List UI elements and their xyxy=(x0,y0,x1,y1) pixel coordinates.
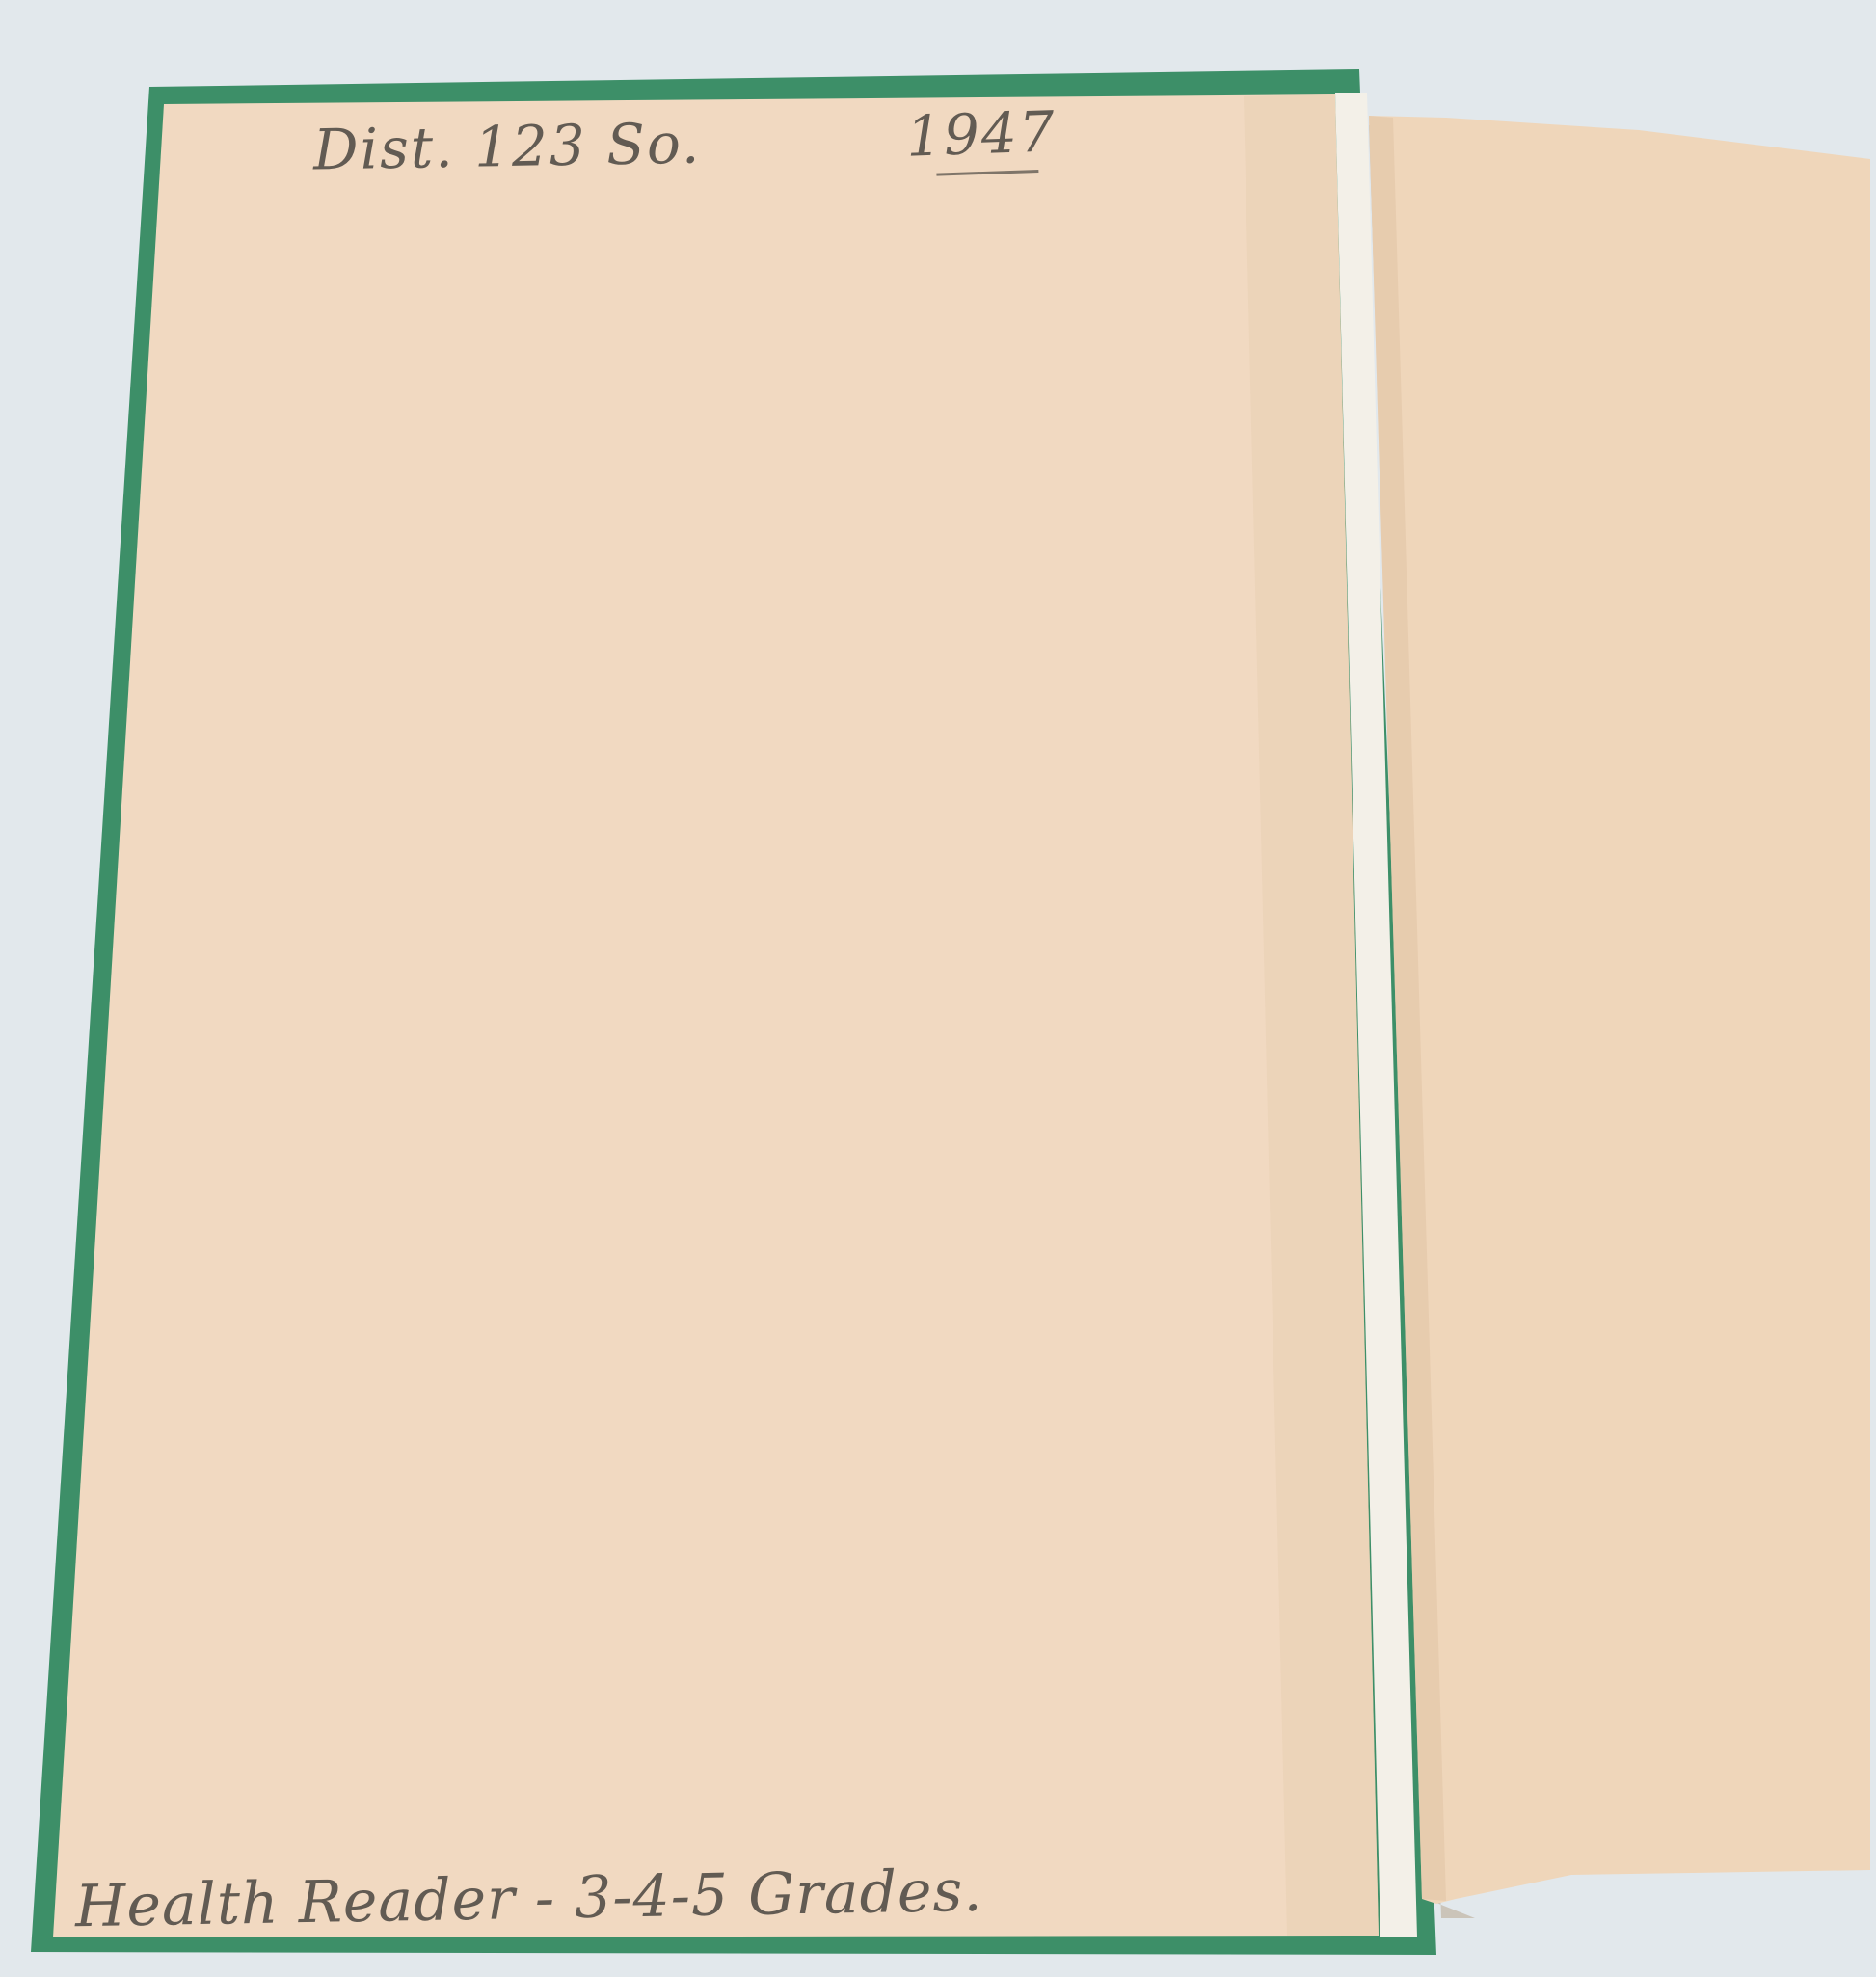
note-year-text: 1947 xyxy=(905,98,1058,169)
book-photo: Dist. 123 So. 1947 Health Reader - 3-4-5… xyxy=(0,0,1876,1977)
note-district: Dist. 123 So. xyxy=(312,110,701,182)
book-shapes xyxy=(0,0,1876,1977)
note-year: 1947 xyxy=(905,98,1058,169)
flyleaf-page xyxy=(1369,116,1870,1904)
endpaper xyxy=(53,94,1379,1937)
